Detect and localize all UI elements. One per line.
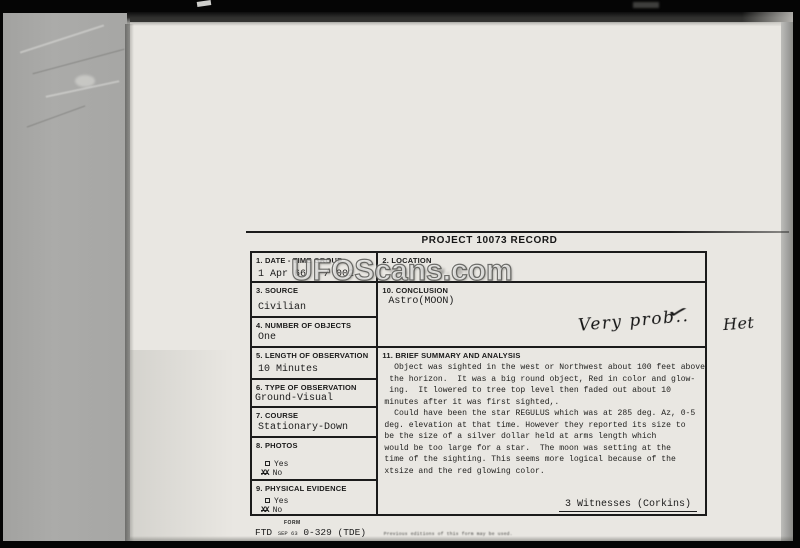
scanned-image: PROJECT 10073 RECORD 1. DATE - TIME GROU… [0, 0, 800, 548]
no-label: No [273, 506, 283, 515]
yes-label: Yes [274, 497, 288, 506]
field-conclusion: 10. CONCLUSION Astro(MOON) Very prob.. ✓… [378, 283, 705, 348]
form-id-line: FTD SEP 63 0-329 (TDE) Previous editions… [255, 527, 513, 538]
field-label: 5. LENGTH OF OBSERVATION [252, 348, 376, 360]
film-speck [197, 0, 212, 7]
handwritten-initials: Het [723, 313, 756, 334]
field-physical-evidence: 9. PHYSICAL EVIDENCE Yes XXNo [252, 481, 376, 514]
form-footer: FORM FTD SEP 63 0-329 (TDE) Previous edi… [255, 520, 513, 538]
field-source: 3. SOURCE Civilian [252, 283, 376, 318]
field-label: 6. TYPE OF OBSERVATION [252, 380, 376, 392]
film-scratch [27, 105, 86, 127]
field-number-of-objects: 4. NUMBER OF OBJECTS One [252, 318, 376, 348]
field-label: 11. BRIEF SUMMARY AND ANALYSIS [378, 348, 705, 360]
field-label: 9. PHYSICAL EVIDENCE [252, 481, 376, 493]
film-blemish [75, 75, 95, 87]
form-id-number: 0-329 (TDE) [303, 527, 366, 538]
field-photos: 8. PHOTOS Yes XXNo [252, 438, 376, 481]
page-corner-shading [130, 350, 234, 540]
field-length-of-observation: 5. LENGTH OF OBSERVATION 10 Minutes [252, 348, 376, 380]
summary-text: Object was sighted in the west or Northw… [384, 362, 705, 477]
film-scratch [32, 49, 124, 75]
form-word-label: FORM [284, 520, 513, 526]
field-course: 7. COURSE Stationary-Down [252, 408, 376, 438]
field-value: 10 Minutes [258, 364, 318, 375]
record-form-table: 1. DATE - TIME GROUP 1 Apr 66 / 002 3. S… [250, 251, 707, 516]
no-checkbox-marked: XX [261, 506, 269, 515]
form-id-date: SEP 63 [278, 530, 298, 537]
yes-checkbox [265, 498, 270, 503]
photos-yes-row: Yes [265, 460, 288, 469]
watermark-text: UFOScans.com [291, 254, 513, 288]
field-label: 4. NUMBER OF OBJECTS [252, 318, 376, 330]
witnesses-note: 3 Witnesses (Corkins) [559, 499, 697, 512]
no-label: No [273, 469, 283, 478]
film-speck [633, 2, 659, 8]
form-right-column: 2. LOCATION o il b. W. S. 10. CONCLUSION… [378, 253, 705, 514]
field-value: Ground-Visual [255, 393, 333, 404]
photos-no-row: XXNo [261, 469, 282, 478]
page-top-shadow [127, 12, 793, 26]
form-left-column: 1. DATE - TIME GROUP 1 Apr 66 / 002 3. S… [252, 253, 378, 514]
yes-checkbox [265, 461, 270, 466]
handwritten-checkmark: ✓ [665, 301, 692, 324]
field-label: 8. PHOTOS [252, 438, 376, 450]
physical-evidence-no-row: XXNo [261, 506, 282, 515]
page-right-edge-shadow [781, 22, 793, 541]
conclusion-typed-value: Astro(MOON) [388, 296, 454, 307]
physical-evidence-yes-row: Yes [265, 497, 288, 506]
no-checkbox-marked: XX [261, 469, 269, 478]
header-rule [246, 231, 789, 233]
form-title: PROJECT 10073 RECORD [250, 235, 707, 246]
field-value: One [258, 332, 276, 343]
form-edition-note: Previous editions of this form may be us… [384, 532, 513, 537]
field-value: Stationary-Down [258, 422, 348, 433]
field-value: Civilian [258, 302, 306, 313]
field-brief-summary: 11. BRIEF SUMMARY AND ANALYSIS Object wa… [378, 348, 705, 514]
scanner-background-strip [3, 13, 130, 541]
field-type-of-observation: 6. TYPE OF OBSERVATION Ground-Visual [252, 380, 376, 408]
field-label: 7. COURSE [252, 408, 376, 420]
yes-label: Yes [274, 460, 288, 469]
form-id-prefix: FTD [255, 527, 272, 538]
film-scratch [20, 24, 104, 53]
